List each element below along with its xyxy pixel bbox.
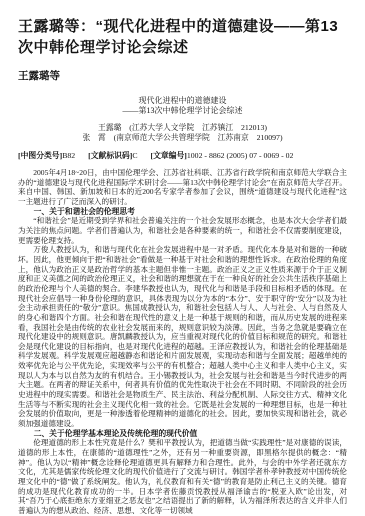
author-affiliations: 王露璐 (江苏大学人文学院 江苏镇江 212013) 张 霄 (南京师范大学公共…: [18, 123, 347, 142]
body-paragraph: 2005年4月18~20日，由中国伦理学会、江苏省社科联、江苏省行政学院和南京师…: [18, 168, 347, 207]
document-title-block: 现代化进程中的道德建设 ——第13次中韩伦理学讨论会综述: [18, 96, 347, 116]
meta-doc-code-value: C: [132, 151, 137, 160]
meta-article-id-label: [文章编号]: [150, 151, 186, 160]
catalog-title: 王露璐等：“现代化进程中的道德建设——第13次中韩伦理学讨论会综述: [18, 16, 347, 58]
meta-clc-label: [中图分类号]: [18, 151, 62, 160]
section-heading: 一、关于和谐社会的伦理思考: [18, 207, 347, 217]
article-meta: [中图分类号]B82 [文献标识码]C [文章编号]1002 - 8862 (2…: [18, 151, 347, 161]
body-paragraph: 万俊人教授认为，和谐与现代化在社会发展进程中是一对矛盾。现代化本身是对和谐的一种…: [18, 245, 347, 428]
paper-page: 王露璐等：“现代化进程中的道德建设——第13次中韩伦理学讨论会综述 王露璐等 现…: [0, 0, 365, 516]
article-body: 2005年4月18~20日，由中国伦理学会、江苏省社科联、江苏省行政学院和南京师…: [18, 168, 347, 516]
document-title-line1: 现代化进程中的道德建设: [18, 96, 347, 106]
meta-article-id-value: 1002 - 8862 (2005) 07 - 0069 - 02: [187, 151, 294, 160]
byline: 王露璐等: [18, 68, 347, 83]
meta-clc-value: B82: [62, 151, 75, 160]
document-title-line2: ——第13次中韩伦理学讨论会综述: [18, 106, 347, 116]
body-paragraph: “和谐社会”是近期受到学界和社会普遍关注的一个社会发展形态概念，也是本次大会学者…: [18, 216, 347, 245]
meta-doc-code-label: [文献标识码]: [88, 151, 132, 160]
section-heading: 二、关于伦理学基本理论及传统伦理的现代价值: [18, 429, 347, 439]
meta-doc-code: [文献标识码]C: [88, 151, 137, 160]
body-paragraph: 伦理道德的形上本性究竟是什么？樊和平教授认为，把道德当做“实践理性”是对康德的误…: [18, 438, 347, 515]
author-line: 王露璐 (江苏大学人文学院 江苏镇江 212013): [18, 123, 347, 133]
author-line: 张 霄 (南京师范大学公共管理学院 江苏南京 210097): [18, 133, 347, 143]
meta-clc: [中图分类号]B82: [18, 151, 75, 160]
meta-article-id: [文章编号]1002 - 8862 (2005) 07 - 0069 - 02: [150, 151, 293, 160]
